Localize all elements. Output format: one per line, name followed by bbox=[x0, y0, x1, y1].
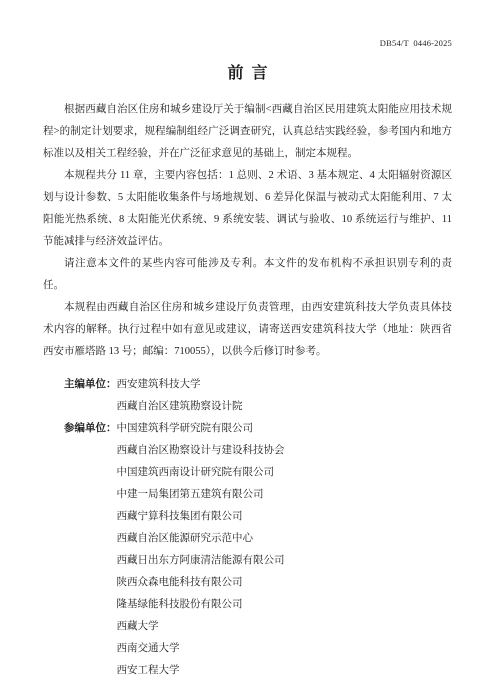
participant-item: 西藏自治区勘察设计与建设科技协会 bbox=[117, 440, 453, 462]
participants-label: 参编单位： bbox=[64, 418, 117, 440]
participant-item: 西南交通大学 bbox=[117, 638, 453, 660]
chief-editor-item: 西藏自治区建筑勘察设计院 bbox=[117, 396, 453, 418]
document-page: DB54/T 0446-2025 前言 根据西藏自治区住房和城乡建设厅关于编制<… bbox=[0, 0, 494, 698]
participant-item: 中建一局集团第五建筑有限公司 bbox=[117, 484, 453, 506]
participant-item: 中国建筑科学研究院有限公司 bbox=[117, 418, 453, 440]
participant-item: 西藏宁算科技集团有限公司 bbox=[117, 506, 453, 528]
paragraph-patent-note: 请注意本文件的某些内容可能涉及专利。本文件的发布机构不承担识别专利的责任。 bbox=[43, 253, 452, 297]
paragraph-contents: 本规程共分 11 章，主要内容包括：1 总则、2 术语、3 基本规定、4 太阳辐… bbox=[43, 165, 452, 253]
paragraph-basis: 根据西藏自治区住房和城乡建设厅关于编制<西藏自治区民用建筑太阳能应用技术规程>的… bbox=[43, 99, 452, 165]
chief-editor-label: 主编单位： bbox=[64, 374, 117, 396]
chief-editor-item: 西安建筑科技大学 bbox=[117, 374, 453, 396]
participants-items: 中国建筑科学研究院有限公司 西藏自治区勘察设计与建设科技协会 中国建筑西南设计研… bbox=[117, 418, 453, 682]
doc-number: DB54/T 0446-2025 bbox=[43, 38, 452, 49]
paragraph-management: 本规程由西藏自治区住房和城乡建设厅负责管理，由西安建筑科技大学负责具体技术内容的… bbox=[43, 297, 452, 363]
participant-item: 中国建筑西南设计研究院有限公司 bbox=[117, 462, 453, 484]
participants-group: 参编单位： 中国建筑科学研究院有限公司 西藏自治区勘察设计与建设科技协会 中国建… bbox=[43, 418, 452, 682]
participant-item: 西藏大学 bbox=[117, 616, 453, 638]
credits-section: 主编单位： 西安建筑科技大学 西藏自治区建筑勘察设计院 参编单位： 中国建筑科学… bbox=[43, 374, 452, 682]
participant-item: 西藏日出东方阿康清洁能源有限公司 bbox=[117, 550, 453, 572]
participant-item: 西藏自治区能源研究示范中心 bbox=[117, 528, 453, 550]
participant-item: 陕西众森电能科技有限公司 bbox=[117, 572, 453, 594]
participant-item: 西安工程大学 bbox=[117, 660, 453, 682]
participant-item: 隆基绿能科技股份有限公司 bbox=[117, 594, 453, 616]
chief-editor-items: 西安建筑科技大学 西藏自治区建筑勘察设计院 bbox=[117, 374, 453, 418]
page-title: 前言 bbox=[43, 63, 452, 85]
chief-editor-group: 主编单位： 西安建筑科技大学 西藏自治区建筑勘察设计院 bbox=[43, 374, 452, 418]
body-text: 根据西藏自治区住房和城乡建设厅关于编制<西藏自治区民用建筑太阳能应用技术规程>的… bbox=[43, 99, 452, 363]
